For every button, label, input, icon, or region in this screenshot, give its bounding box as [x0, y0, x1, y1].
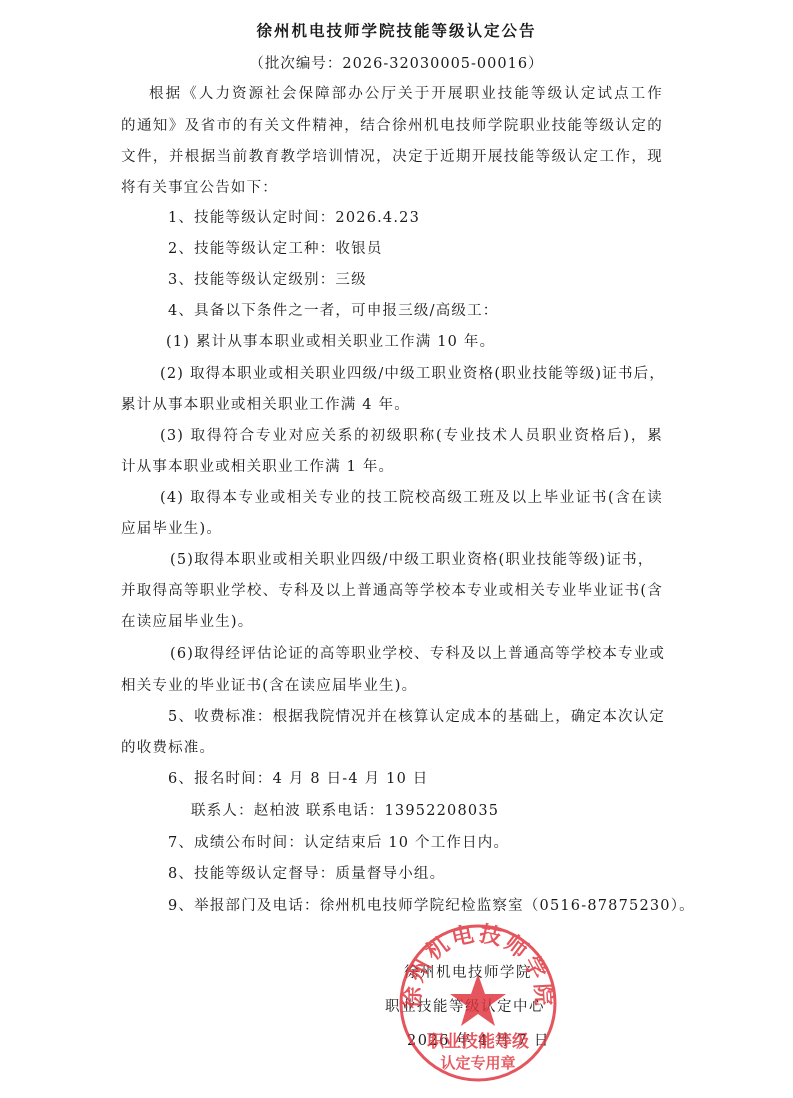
condition-5-cont: 在读应届毕业生)。 [121, 612, 253, 632]
item-8-supervision: 8、技能等级认定督导：质量督导小组。 [168, 864, 445, 884]
seal-line-2: 认定专用章 [440, 1054, 515, 1072]
signature-org: 徐州机电技师学院 [404, 961, 532, 982]
condition-5-cont: 并取得高等职业学校、专科及以上普通高等学校本专业或相关专业毕业证书(含 [121, 581, 663, 601]
condition-3-cont: 计从事本职业或相关职业工作满 1 年。 [121, 457, 394, 477]
contact-person: 联系人：赵柏波 [191, 801, 301, 821]
condition-1: (1) 累计从事本职业或相关职业工作满 10 年。 [166, 332, 495, 352]
item-9-report: 9、举报部门及电话：徐州机电技师学院纪检监察室（0516-87875230）。 [168, 896, 695, 916]
condition-2: (2) 取得本职业或相关职业四级/中级工职业资格(职业技能等级)证书后， [160, 364, 663, 384]
intro-line: 文件，并根据当前教育教学培训情况，决定于近期开展技能等级认定工作，现 [121, 147, 663, 167]
item-5-fees: 5、收费标准：根据我院情况并在核算认定成本的基础上，确定本次认定 [168, 707, 663, 727]
item-3-level: 3、技能等级认定级别：三级 [168, 270, 367, 290]
item-5-fees-cont: 的收费标准。 [121, 738, 215, 758]
intro-line: 将有关事宜公告如下： [121, 178, 278, 198]
item-6-registration: 6、报名时间：4 月 8 日-4 月 10 日 [168, 769, 429, 789]
condition-4-cont: 应届毕业生)。 [121, 519, 222, 539]
contact-phone: 联系电话：13952208035 [306, 801, 499, 821]
condition-4: (4) 取得本专业或相关专业的技工院校高级工班及以上毕业证书(含在读 [160, 488, 663, 508]
intro-line: 的通知》及省市的有关文件精神，结合徐州机电技师学院职业技能等级认定的 [121, 116, 663, 136]
condition-6: (6)取得经评估论证的高等职业学校、专科及以上普通高等学校本专业或 [170, 644, 663, 664]
signature-dept: 职业技能等级认定中心 [385, 995, 545, 1016]
signature-date: 2026 年 4 月 7 日 [407, 1029, 550, 1050]
item-4-conditions: 4、具备以下条件之一者，可申报三级/高级工： [168, 301, 499, 321]
document-title: 徐州机电技师学院技能等级认定公告 [0, 19, 793, 41]
condition-3: (3) 取得符合专业对应关系的初级职称(专业技术人员职业资格后)，累 [160, 426, 663, 446]
condition-6-cont: 相关专业的毕业证书(含在读应届毕业生)。 [121, 676, 417, 696]
condition-2-cont: 累计从事本职业或相关职业工作满 4 年。 [121, 395, 410, 415]
item-2-trade: 2、技能等级认定工种：收银员 [168, 239, 383, 259]
item-1-date: 1、技能等级认定时间：2026.4.23 [168, 208, 420, 228]
item-7-results: 7、成绩公布时间：认定结束后 10 个工作日内。 [168, 833, 509, 853]
batch-number: （批次编号：2026-32030005-00016） [0, 52, 793, 73]
intro-line: 根据《人力资源社会保障部办公厅关于开展职业技能等级认定试点工作 [149, 84, 663, 104]
condition-5: (5)取得本职业或相关职业四级/中级工职业资格(职业技能等级)证书， [170, 550, 650, 570]
